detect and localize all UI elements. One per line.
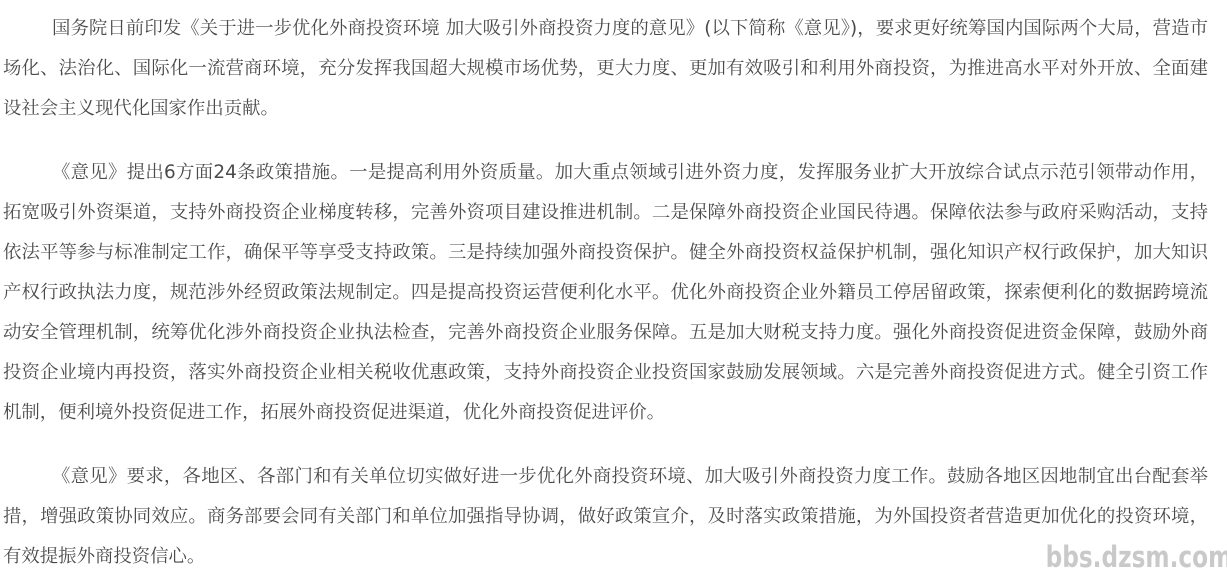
paragraph-2: 《意见》提出6方面24条政策措施。一是提高利用外资质量。加大重点领域引进外资力度… — [3, 153, 1208, 433]
paragraph-3: 《意见》要求，各地区、各部门和有关单位切实做好进一步优化外商投资环境、加大吸引外… — [3, 457, 1208, 577]
article-body: 国务院日前印发《关于进一步优化外商投资环境 加大吸引外商投资力度的意见》(以下简… — [0, 0, 1227, 577]
paragraph-1: 国务院日前印发《关于进一步优化外商投资环境 加大吸引外商投资力度的意见》(以下简… — [3, 9, 1208, 129]
site-watermark: bbs.dzsm.com — [1045, 540, 1227, 574]
